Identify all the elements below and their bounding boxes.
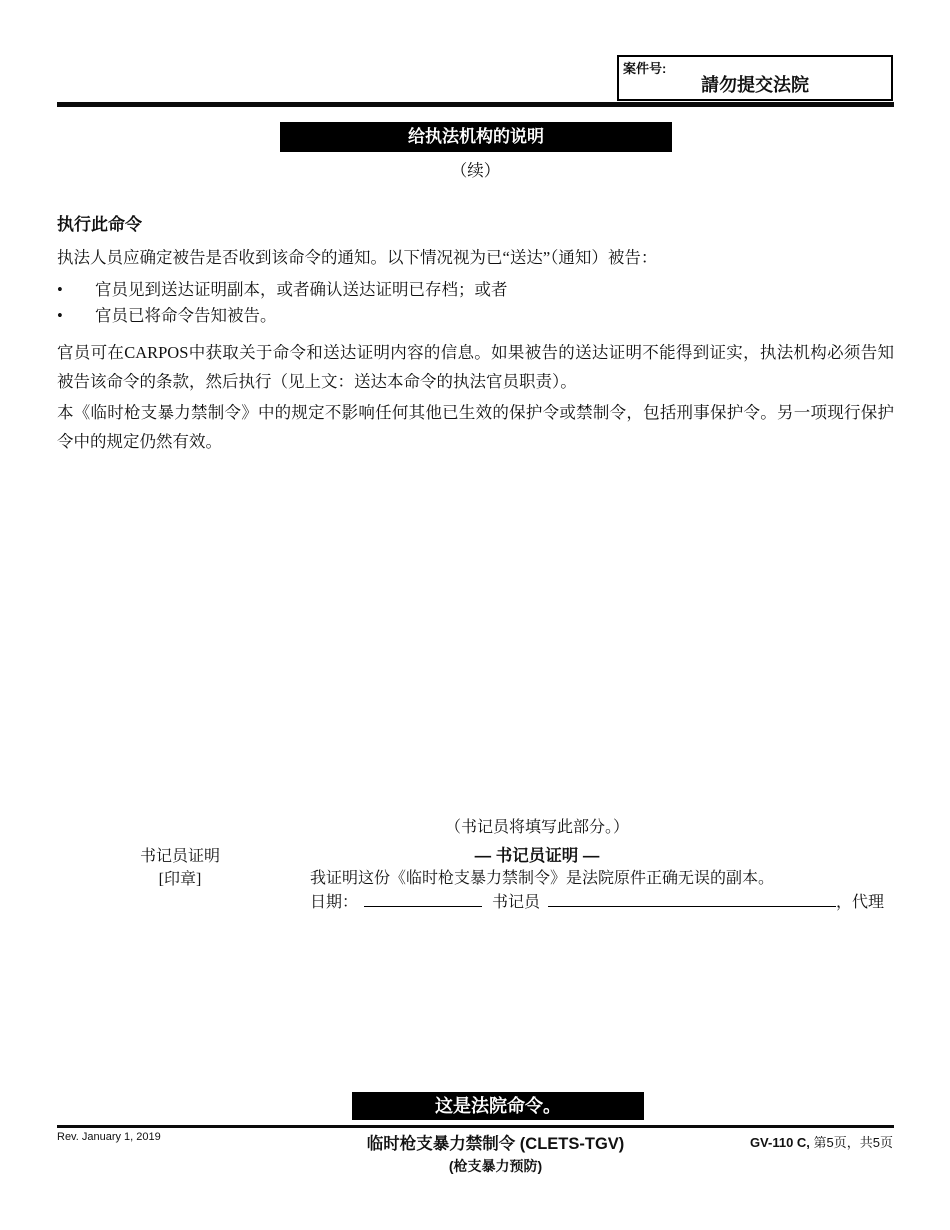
date-label: 日期： — [310, 894, 358, 911]
bullet-icon: • — [57, 303, 95, 329]
form-code: GV-110 C, — [750, 1135, 810, 1150]
court-order-bar: 这是法院命令。 — [352, 1092, 644, 1120]
clerk-certify-statement: 我证明这份《临时枪支暴力禁制令》是法院原件正确无误的副本。 — [310, 865, 774, 888]
service-bullet-list: •官员见到送达证明副本，或者确认送达证明已存档；或者 •官员已将命令告知被告。 — [57, 277, 894, 328]
bullet-icon: • — [57, 277, 95, 303]
clerk-certificate-heading: — 书记员证明 — — [180, 842, 894, 866]
bullet-item-proof-of-service: •官员见到送达证明副本，或者确认送达证明已存档；或者 — [57, 277, 894, 303]
clerk-name-fill-line — [548, 890, 836, 907]
carpos-paragraph: 官员可在CARPOS中获取关于命令和送达证明内容的信息。如果被告的送达证明不能得… — [57, 338, 894, 396]
clerk-label: 书记员 — [492, 894, 540, 911]
continued-label: （续） — [57, 157, 894, 181]
header-divider-rule — [57, 102, 894, 107]
footer-divider-rule — [57, 1125, 894, 1128]
seal-placeholder: [印章] — [110, 866, 250, 889]
case-number-box: 案件号: 請勿提交法院 — [617, 55, 893, 101]
bullet-text: 官员已将命令告知被告。 — [95, 306, 277, 325]
page-number-info: 第5页，共5页 — [810, 1135, 893, 1150]
date-fill-line — [364, 890, 482, 907]
clerk-fill-note: （书记员将填写此部分。） — [180, 814, 894, 837]
deputy-label: ，代理 — [836, 894, 884, 911]
other-orders-paragraph: 本《临时枪支暴力禁制令》中的规定不影响任何其他已生效的保护令或禁制令，包括刑事保… — [57, 398, 894, 456]
form-subtitle: (枪支暴力预防) — [77, 1156, 914, 1176]
bullet-text: 官员见到送达证明副本，或者确认送达证明已存档；或者 — [95, 280, 508, 299]
do-not-file-note: 請勿提交法院 — [619, 71, 891, 97]
notice-paragraph: 执法人员应确定被告是否收到该命令的通知。以下情况视为已“送达”（通知）被告： — [57, 243, 894, 272]
document-page: 案件号: 請勿提交法院 给执法机构的说明 （续） 执行此命令 执法人员应确定被告… — [0, 0, 950, 1230]
bullet-item-informed: •官员已将命令告知被告。 — [57, 303, 894, 329]
form-code-page-info: GV-110 C, 第5页，共5页 — [750, 1132, 893, 1151]
instructions-title-bar: 给执法机构的说明 — [280, 122, 672, 152]
enforce-order-heading: 执行此命令 — [57, 210, 142, 235]
clerk-date-line: 日期：书记员，代理 — [310, 889, 884, 912]
